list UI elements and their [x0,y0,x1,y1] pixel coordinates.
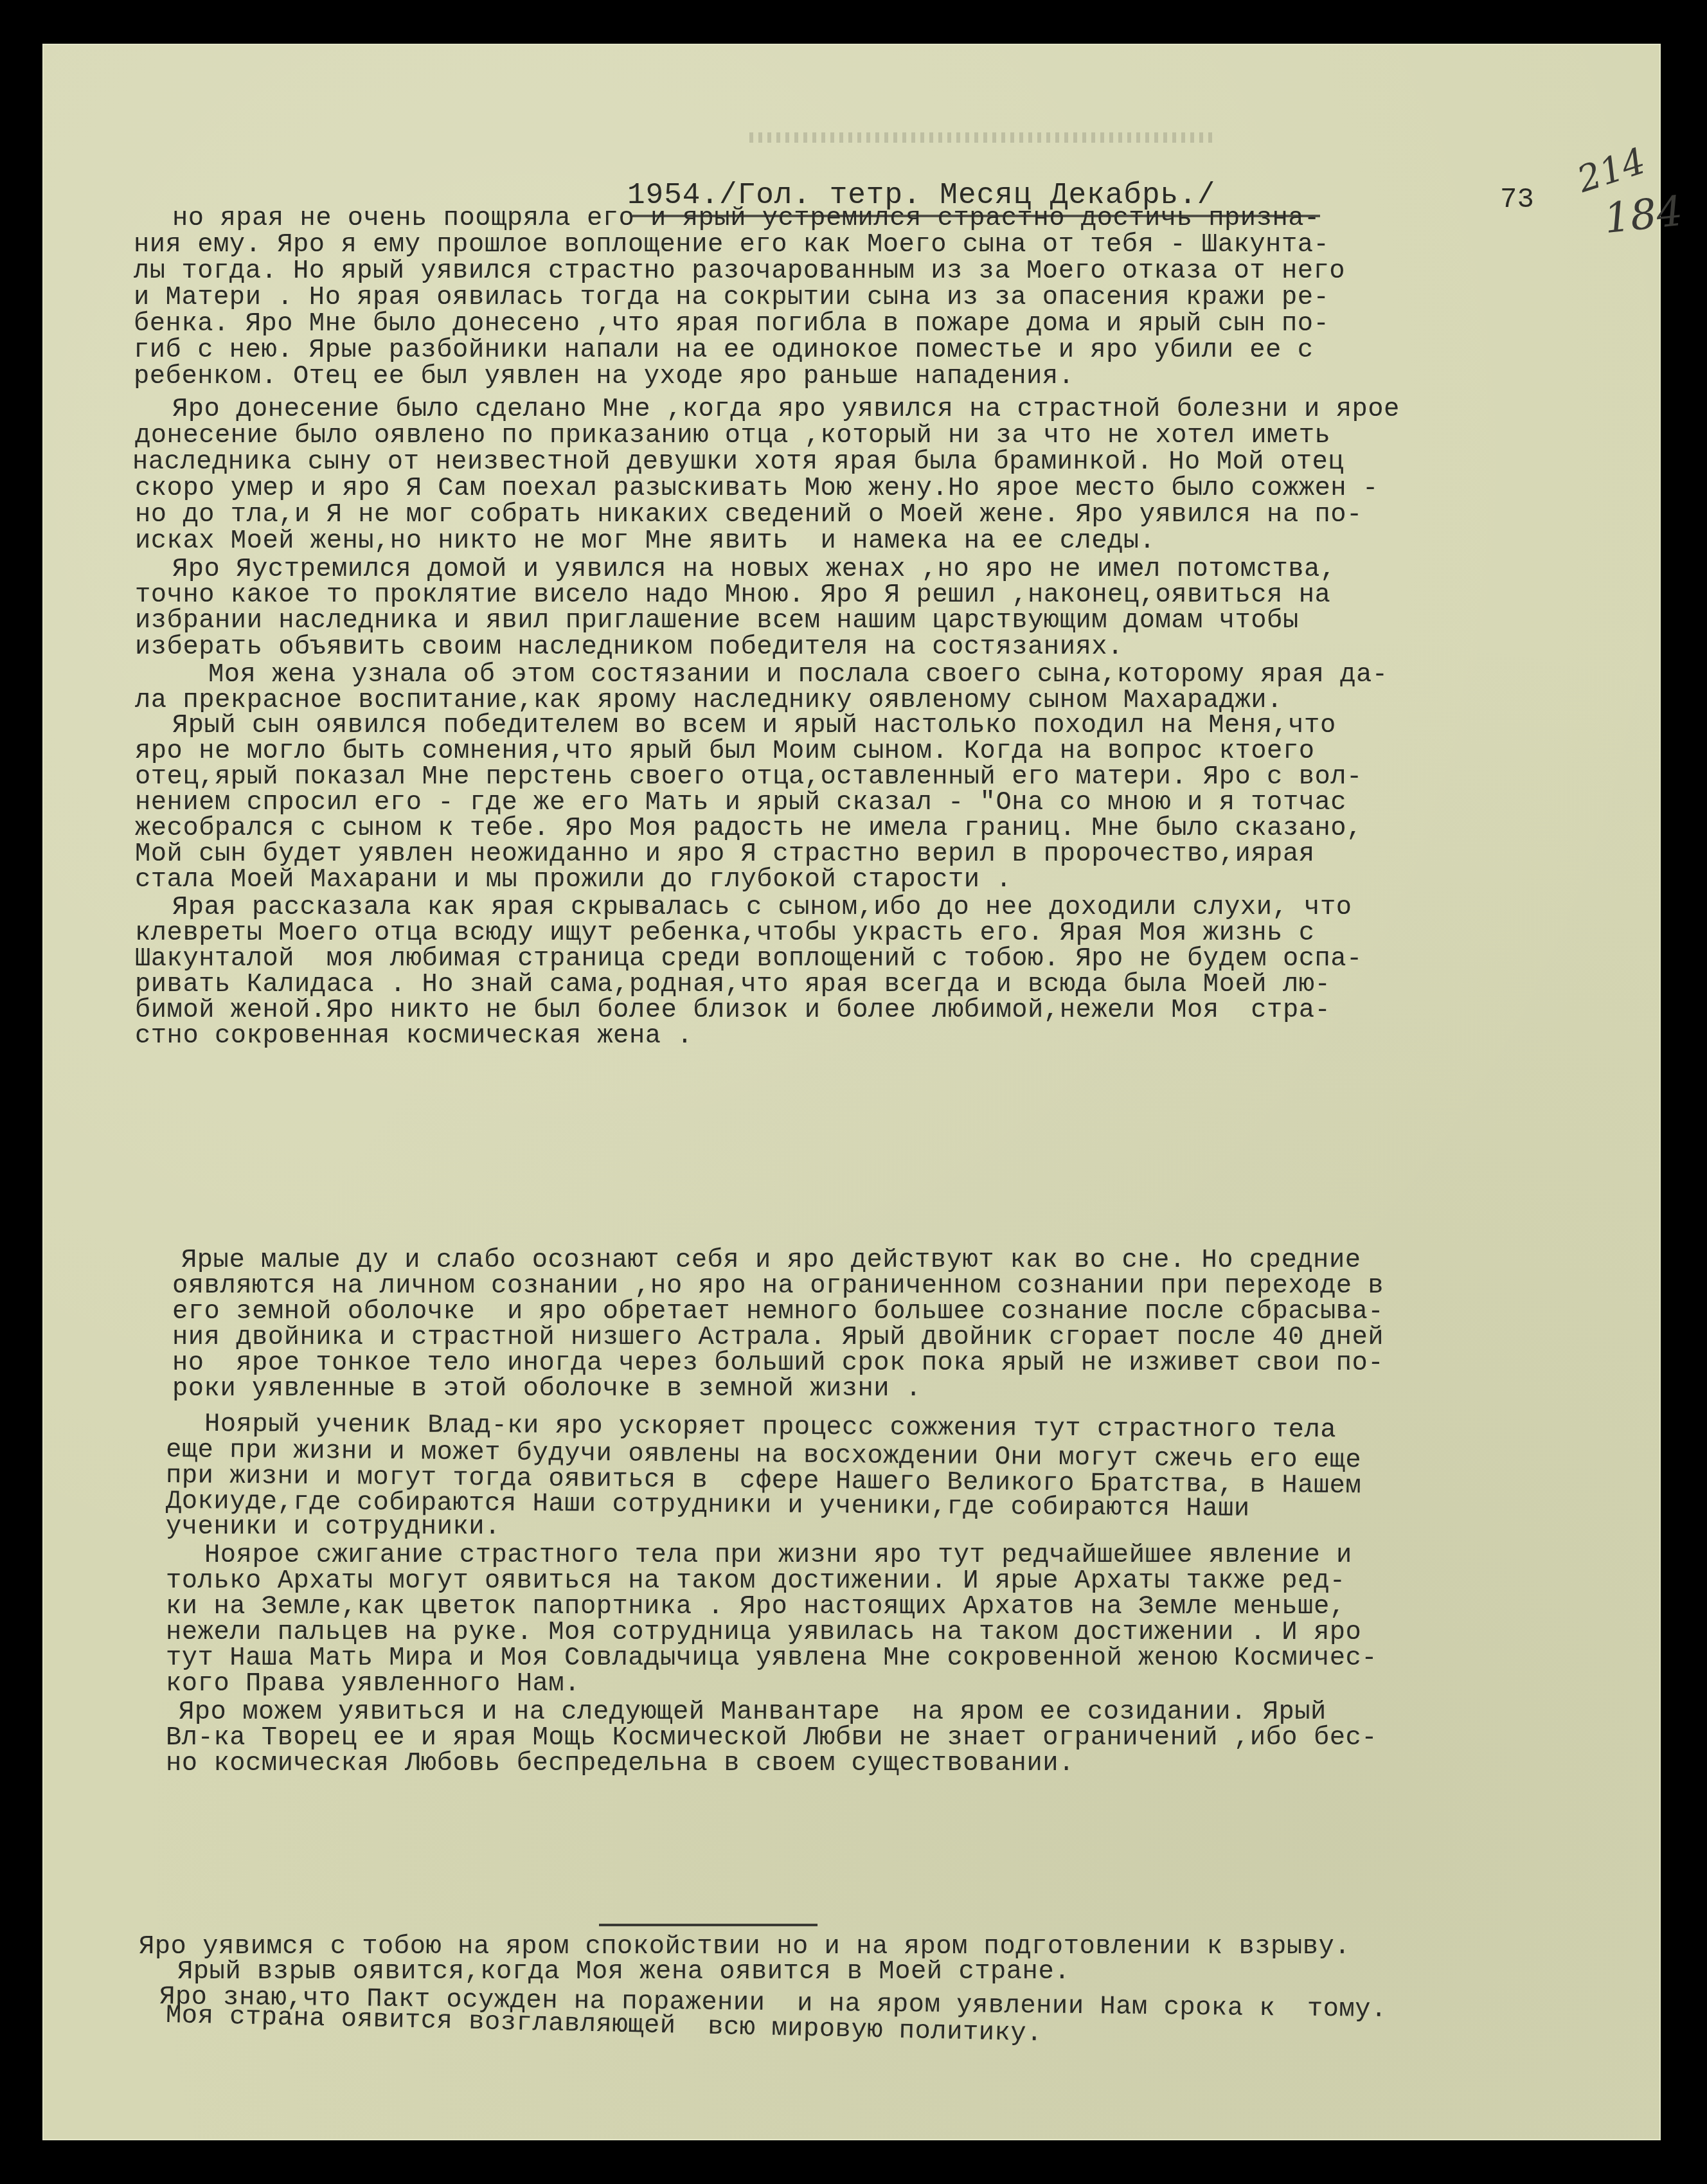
text-line: и Матери . Но ярая оявилась тогда на сок… [134,285,1329,311]
text-line: ребенком. Отец ее был уявлен на уходе яр… [134,364,1074,390]
text-line: бимой женой.Яро никто не был более близо… [135,998,1330,1024]
text-line: Ярый сын оявился победителем во всем и я… [172,713,1336,739]
text-line: донесение было оявлено по приказанию отц… [135,423,1330,449]
text-line: Ноярое сжигание страстного тела при жизн… [204,1543,1352,1569]
text-line: тут Наша Мать Мира и Моя Совладычица уяв… [166,1645,1377,1672]
text-line: Ярые малые ду и слабо осознают себя и яр… [181,1248,1361,1274]
text-line: наследника сыну от неизвестной девушки х… [132,449,1344,476]
text-line: кого Права уявленного Нам. [166,1671,580,1697]
text-line: ла прекрасное воспитание,как ярому насле… [135,688,1283,714]
text-line: скоро умер и яро Я Сам поехал разыскиват… [135,476,1379,502]
text-line: только Архаты могут оявиться на таком до… [166,1568,1346,1595]
text-line: Яро Яустремился домой и уявился на новых… [172,557,1336,583]
text-line: избрании наследника и явил приглашение в… [135,608,1299,634]
text-line: исках Моей жены,но никто не мог Мне явит… [135,528,1155,555]
page-number: 73 [1500,184,1534,216]
text-line: Моя жена узнала об этом состязании и пос… [208,662,1388,688]
bleed-through-text [749,132,1212,143]
text-line: нежели пальцев на руке. Моя сотрудница у… [166,1620,1361,1646]
text-line: ривать Калидаса . Но знай сама,родная,чт… [135,972,1330,998]
text-line: лы тогда. Но ярый уявился страстно разоч… [134,258,1345,285]
text-line: клевреты Моего отца всюду ищут ребенка,ч… [135,920,1315,947]
text-line: бенка. Яро Мне было донесено ,что ярая п… [134,311,1329,337]
text-line: яро не могло быть сомнения,что ярый был … [135,738,1315,765]
text-line: Вл-ка Творец ее и ярая Мощь Космической … [166,1725,1377,1751]
text-line: Ярый взрыв оявится,когда Моя жена оявитс… [177,1959,1070,1985]
text-line: точно какое то проклятие висело надо Мно… [135,582,1330,609]
text-line: ки на Земле,как цветок папортника . Яро … [166,1594,1346,1620]
text-line: роки уявленные в этой оболочке в земной … [172,1376,922,1402]
text-line: ученики и сотрудники. [166,1514,501,1541]
text-line: Яро уявимся с тобою на яром спокойствии … [139,1934,1350,1960]
text-line: Яро можем уявиться и на следующей Манван… [179,1699,1327,1726]
text-line: ния двойника и страстной низшего Астрала… [172,1325,1384,1351]
handwritten-overline [599,1924,818,1926]
text-line: нением спросил его - где же его Мать и я… [135,790,1346,816]
text-line: изберать объявить своим наследником побе… [135,634,1123,661]
text-line: жесобрался с сыном к тебе. Яро Моя радос… [135,816,1363,842]
text-line: но ярое тонкое тело иногда через больший… [172,1350,1384,1377]
text-line: оявляются на личном сознании ,но яро на … [172,1273,1384,1300]
text-line: но ярая не очень поощряла его и ярый уст… [172,206,1320,232]
text-line: Шакунталой моя любимая страница среди во… [135,946,1363,972]
text-line: отец,ярый показал Мне перстень своего от… [135,764,1363,791]
text-line: стно сокровенная космическая жена . [135,1023,693,1050]
text-line: ния ему. Яро я ему прошлое воплощение ег… [134,232,1329,258]
text-line: Мой сын будет уявлен неожиданно и яро Я … [135,841,1315,868]
text-line: его земной оболочке и яро обретает немно… [172,1299,1384,1325]
text-line: Яро донесение было сделано Мне ,когда яр… [172,397,1400,423]
text-line: стала Моей Махарани и мы прожили до глуб… [135,867,1012,893]
text-line: Ярая рассказала как ярая скрывалась с сы… [172,895,1352,921]
text-line: но до тла,и Я не мог собрать никаких све… [135,502,1363,528]
handwritten-folio-number: 184 [1602,188,1685,243]
text-line: но космическая Любовь беспредельна в сво… [166,1751,1075,1777]
text-line: гиб с нею. Ярые разбойники напали на ее … [134,337,1314,364]
